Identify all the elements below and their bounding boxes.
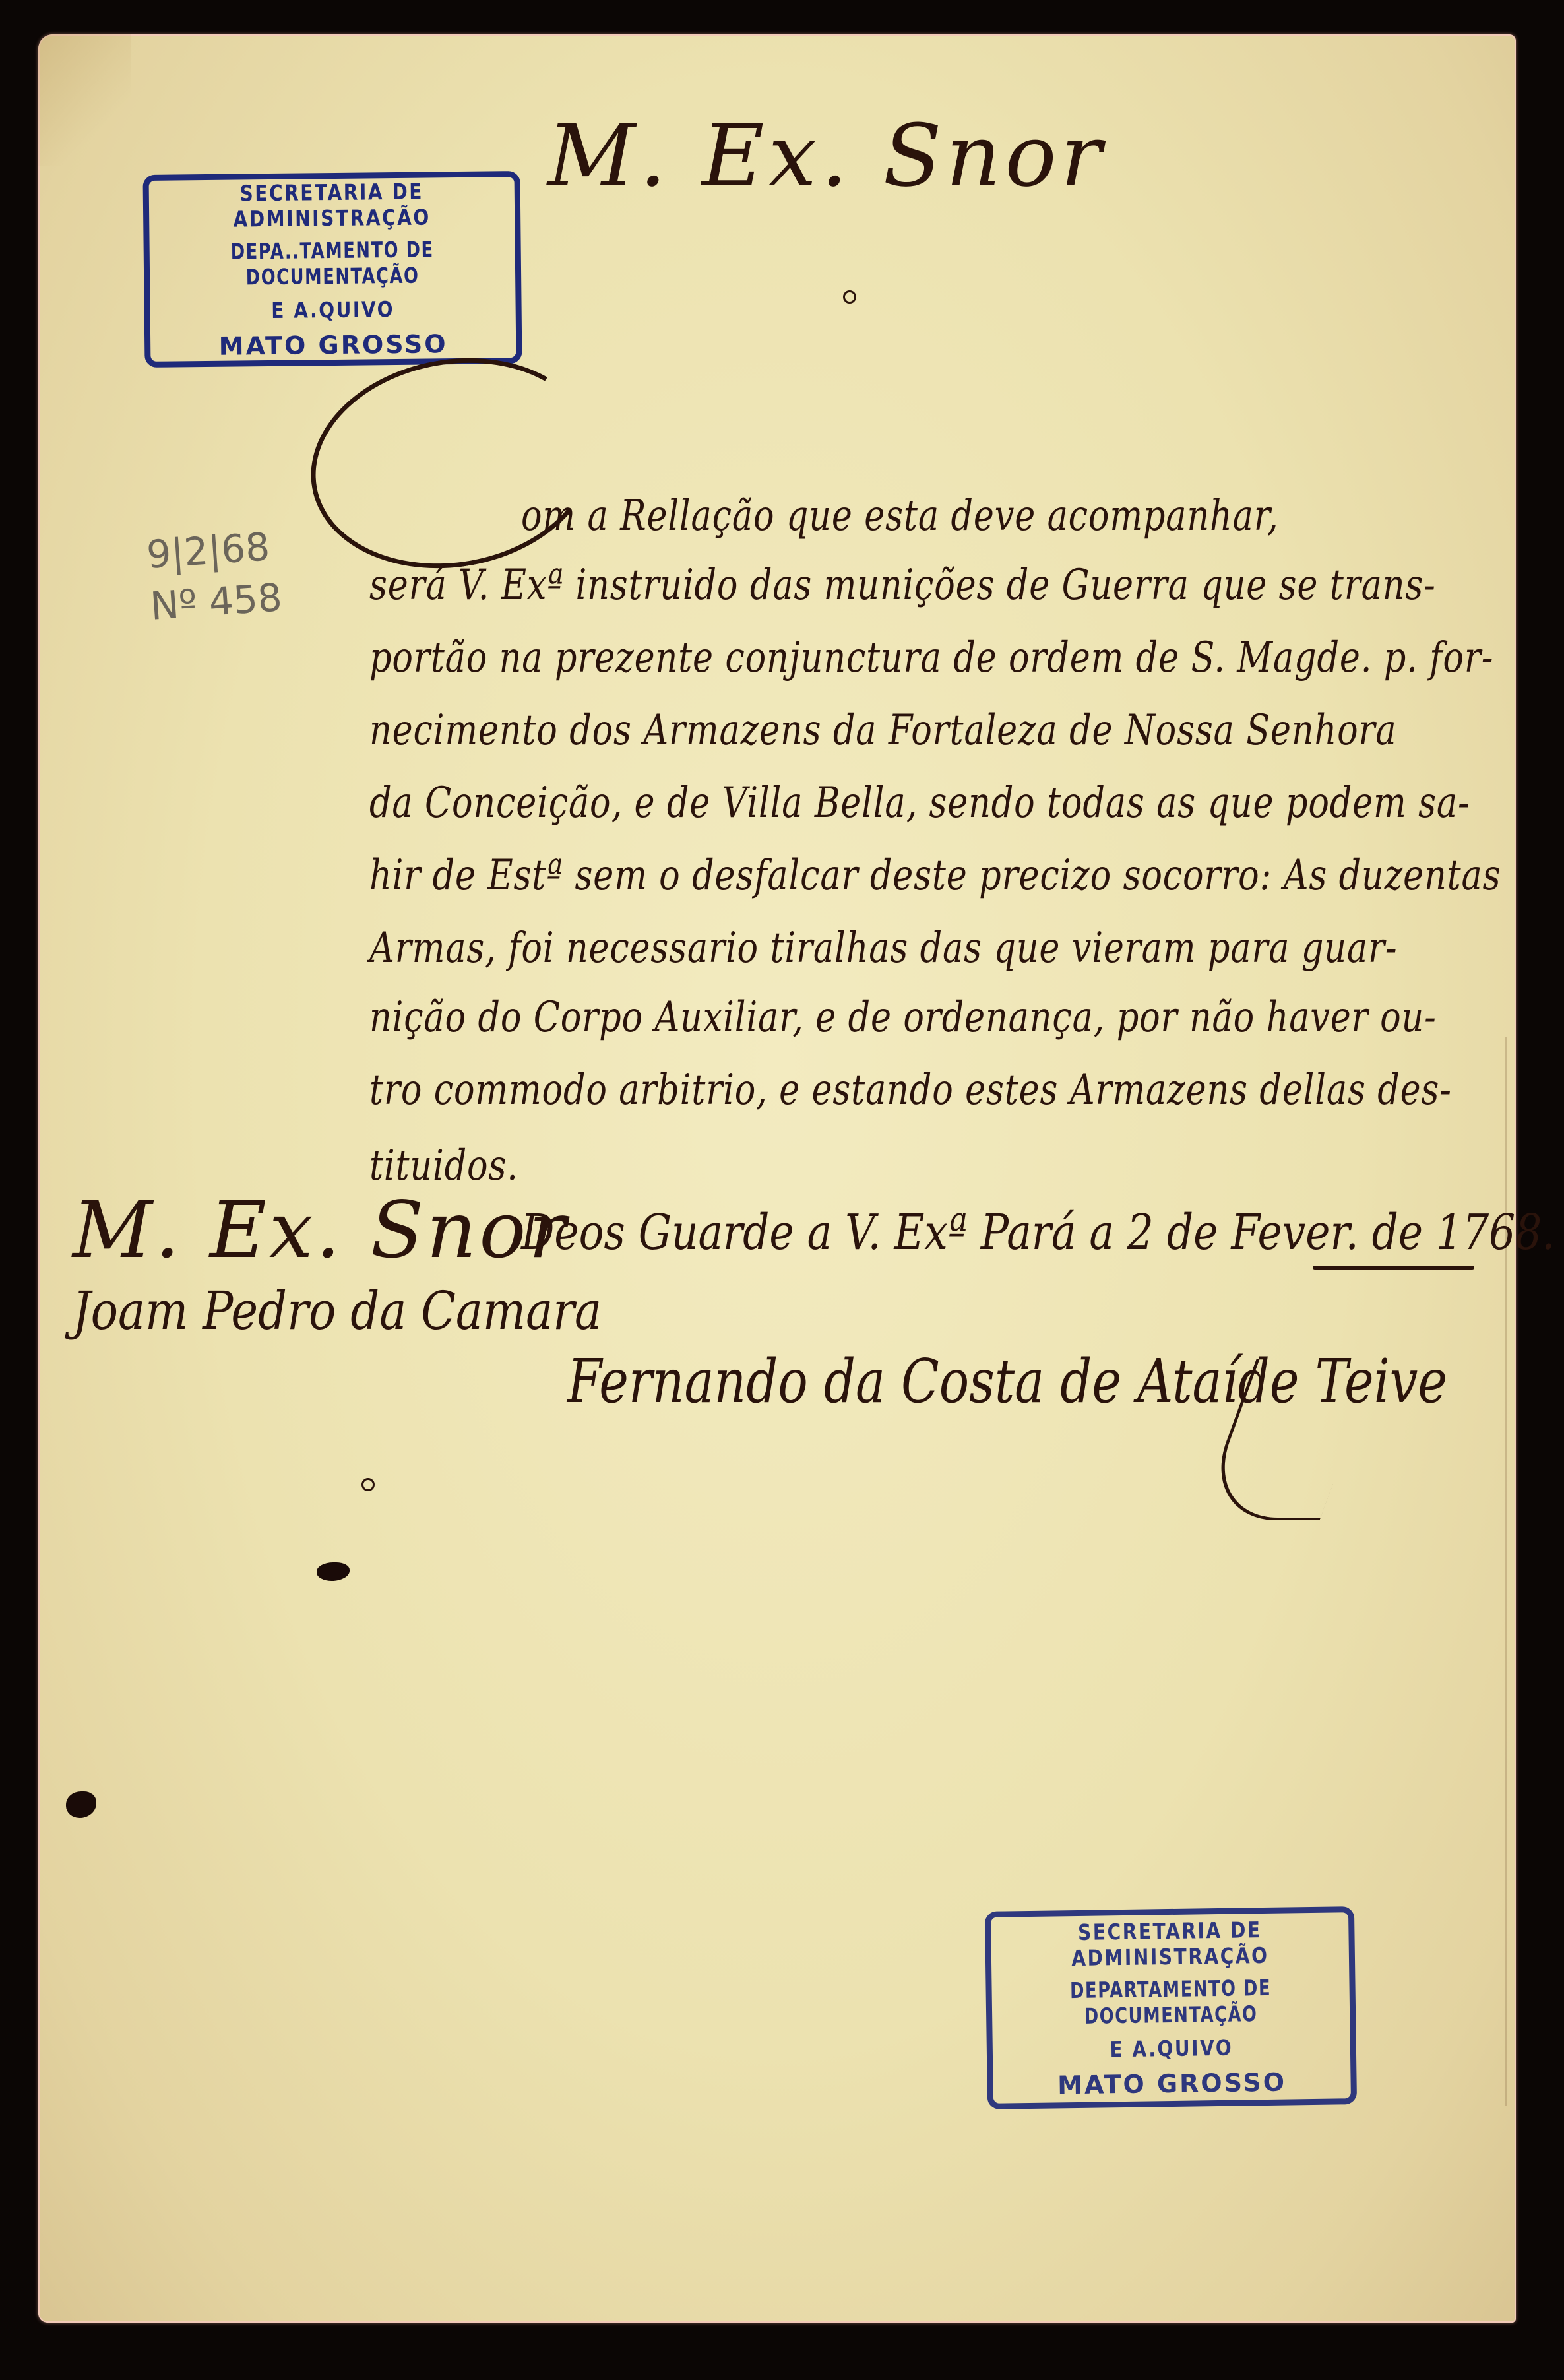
body-line: Armas, foi necessario tiralhas das que v… <box>369 924 1397 973</box>
stamp-line: MATO GROSSO <box>150 329 516 362</box>
archive-pencil-annotation: 9|2|68 Nº 458 <box>145 520 284 632</box>
addressee-title-text: M. Ex. Snor <box>73 1184 569 1275</box>
salutation-text: M. Ex. Snor <box>547 106 1106 206</box>
stamp-line: SECRETARIA DE ADMINISTRAÇÃO <box>1018 1915 1323 1971</box>
annotation-number: Nº 458 <box>148 571 284 632</box>
body-line: tro commodo arbitrio, e estando estes Ar… <box>369 1066 1452 1114</box>
stamp-line: E A.QUIVO <box>177 295 488 324</box>
body-line: om a Rellação que esta deve acompanhar, <box>521 492 1278 540</box>
stamp-line: SECRETARIA DE ADMINISTRAÇÃO <box>176 177 487 232</box>
annotation-date: 9|2|68 <box>145 520 280 581</box>
closing-line: Deos Guarde a V. Exª Pará a 2 de Fever. … <box>521 1204 1555 1261</box>
date-underline <box>1313 1266 1474 1270</box>
body-line: necimento dos Armazens da Fortaleza de N… <box>369 706 1397 755</box>
body-line: nição do Corpo Auxiliar, e de ordenança,… <box>369 993 1437 1042</box>
addressee-name: Joam Pedro da Camara <box>73 1280 602 1341</box>
body-line: hir de Estª sem o desfalcar deste preciz… <box>369 851 1501 900</box>
salutation: M. Ex. Snor <box>547 106 1106 206</box>
archive-stamp-top: SECRETARIA DE ADMINISTRAÇÃO DEPA..TAMENT… <box>142 171 522 368</box>
stamp-line: DEPA..TAMENTO DE DOCUMENTAÇÃO <box>189 236 475 290</box>
body-line: tituidos. <box>369 1142 518 1190</box>
ink-dot <box>843 290 856 304</box>
body-line: portão na prezente conjunctura de ordem … <box>369 633 1493 682</box>
fold-line <box>1505 1037 1507 2106</box>
stamp-line: E A.QUIVO <box>1019 2033 1323 2063</box>
body-line: será V. Exª instruido das munições de Gu… <box>369 561 1436 610</box>
archive-stamp-bottom: SECRETARIA DE ADMINISTRAÇÃO DEPARTAMENTO… <box>985 1906 1357 2109</box>
body-line: da Conceição, e de Villa Bella, sendo to… <box>369 779 1470 827</box>
stamp-line: MATO GROSSO <box>993 2067 1351 2101</box>
stamp-line: DEPARTAMENTO DE DOCUMENTAÇÃO <box>1031 1974 1311 2030</box>
ink-dot <box>361 1478 375 1491</box>
addressee-title: M. Ex. Snor <box>73 1184 569 1275</box>
